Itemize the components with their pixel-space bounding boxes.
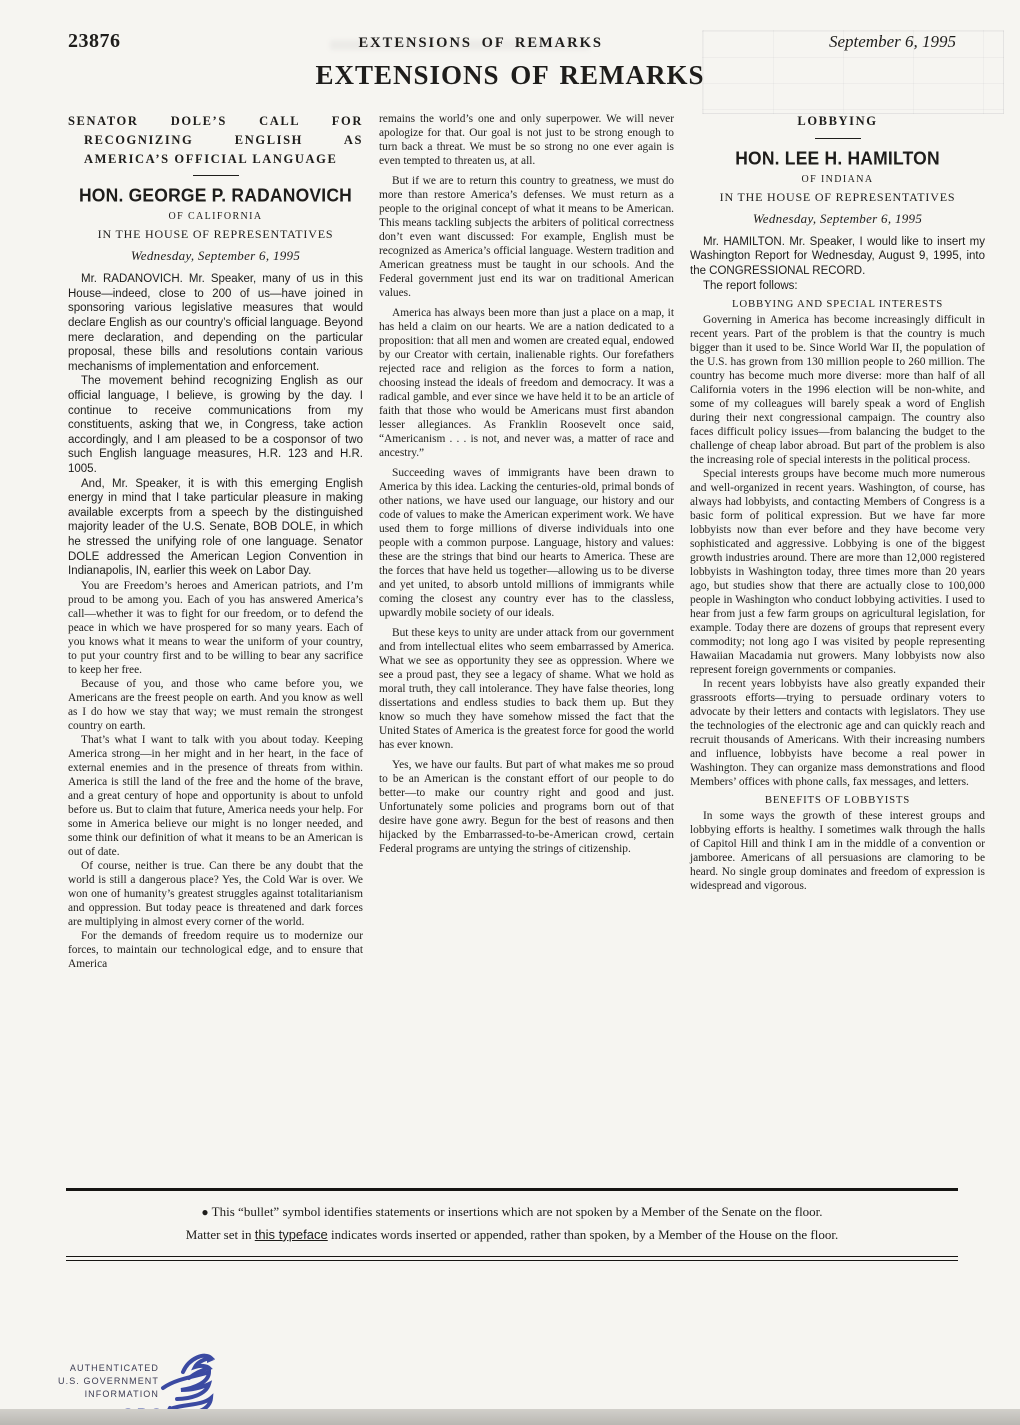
column-1: SENATOR DOLE’S CALL FOR RECOGNIZING ENGL… (68, 112, 363, 1174)
article1-date: Wednesday, September 6, 1995 (68, 248, 363, 264)
paragraph: But these keys to unity are under attack… (379, 626, 674, 752)
footer-typeface-sample: this typeface (255, 1227, 328, 1242)
paragraph: Of course, neither is true. Can there be… (68, 859, 363, 929)
report-subhead: LOBBYING AND SPECIAL INTERESTS (690, 298, 985, 310)
article2-state: OF INDIANA (690, 174, 985, 185)
paragraph: The movement behind recognizing English … (68, 374, 363, 476)
paragraph: Yes, we have our faults. But part of wha… (379, 758, 674, 856)
running-head: 23876 EXTENSIONS OF REMARKS September 6,… (68, 30, 956, 53)
column-3: LOBBYING HON. LEE H. HAMILTON OF INDIANA… (690, 112, 985, 1174)
paragraph: You are Freedom’s heroes and American pa… (68, 579, 363, 677)
article1-speaker: HON. GEORGE P. RADANOVICH (68, 185, 363, 207)
article1-title: SENATOR DOLE’S CALL FOR RECOGNIZING ENGL… (68, 112, 363, 168)
paragraph: Mr. HAMILTON. Mr. Speaker, I would like … (690, 235, 985, 279)
section-divider (815, 138, 861, 139)
footer-line-1: ● This “bullet” symbol identifies statem… (66, 1201, 958, 1224)
paragraph: Mr. RADANOVICH. Mr. Speaker, many of us … (68, 272, 363, 374)
footer-line-1-text: This “bullet” symbol identifies statemen… (209, 1204, 823, 1219)
paragraph: remains the world’s one and only superpo… (379, 112, 674, 168)
article1-state: OF CALIFORNIA (68, 211, 363, 222)
paragraph: Because of you, and those who came befor… (68, 677, 363, 733)
footer-line-2-prefix: Matter set in (186, 1227, 255, 1242)
report-subhead: BENEFITS OF LOBBYISTS (690, 794, 985, 806)
gpo-line-1: AUTHENTICATED (58, 1362, 159, 1375)
bullet-icon: ● (201, 1205, 208, 1219)
gpo-line-2: U.S. GOVERNMENT (58, 1375, 159, 1388)
congressional-record-page: 23876 EXTENSIONS OF REMARKS September 6,… (0, 0, 1020, 1425)
paragraph: America has always been more than just a… (379, 306, 674, 460)
paragraph: And, Mr. Speaker, it is with this emergi… (68, 477, 363, 579)
footer-note: ● This “bullet” symbol identifies statem… (66, 1188, 958, 1256)
paragraph: But if we are to return this country to … (379, 174, 674, 300)
paragraph: The report follows: (690, 279, 985, 294)
column-2: remains the world’s one and only superpo… (379, 112, 674, 1174)
footer-line-2-suffix: indicates words inserted or appended, ra… (328, 1227, 838, 1242)
article2-date: Wednesday, September 6, 1995 (690, 211, 985, 227)
page-title: EXTENSIONS OF REMARKS (0, 60, 1020, 91)
footer-line-2: Matter set in this typeface indicates wo… (66, 1224, 958, 1247)
section-divider (193, 175, 239, 176)
paragraph: That’s what I want to talk with you abou… (68, 733, 363, 859)
paragraph: In some ways the growth of these interes… (690, 809, 985, 893)
paragraph: Special interests groups have become muc… (690, 467, 985, 677)
paragraph: For the demands of freedom require us to… (68, 929, 363, 971)
article2-chamber: IN THE HOUSE OF REPRESENTATIVES (690, 190, 985, 205)
text-columns: SENATOR DOLE’S CALL FOR RECOGNIZING ENGL… (68, 112, 986, 1174)
paragraph: Governing in America has become increasi… (690, 313, 985, 467)
paragraph: In recent years lobbyists have also grea… (690, 677, 985, 789)
scan-edge-band (0, 1409, 1020, 1425)
running-head-title: EXTENSIONS OF REMARKS (359, 35, 603, 52)
running-head-date: September 6, 1995 (829, 32, 956, 52)
paragraph: Succeeding waves of immigrants have been… (379, 466, 674, 620)
page-number: 23876 (68, 30, 121, 53)
gpo-line-3: INFORMATION (58, 1388, 159, 1401)
article2-speaker: HON. LEE H. HAMILTON (690, 147, 985, 169)
article2-title: LOBBYING (690, 112, 985, 131)
article1-chamber: IN THE HOUSE OF REPRESENTATIVES (68, 227, 363, 242)
